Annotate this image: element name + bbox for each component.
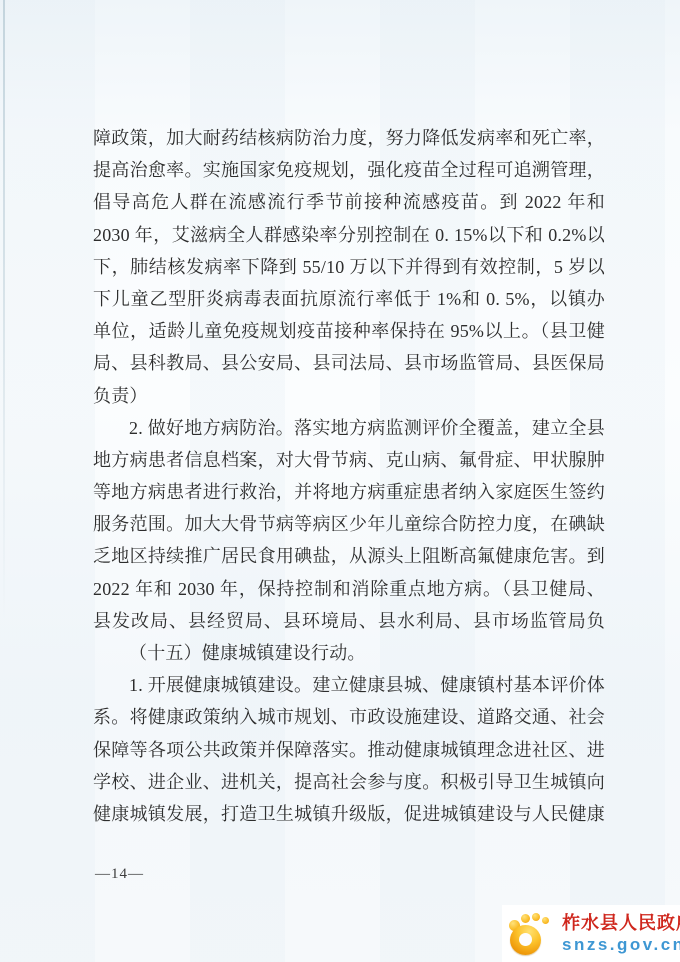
text-line: 1. 开展健康城镇建设。建立健康县城、健康镇村基本评价体 [93,669,605,701]
footprint-toe-icon [532,913,540,921]
text-line: 2022 年和 2030 年，保持控制和消除重点地方病。（县卫健局、 [93,573,605,605]
text-line: 乏地区持续推广居民食用碘盐，从源头上阻断高氟健康危害。到 [93,540,605,572]
government-name: 柞水县人民政府 [562,912,680,934]
text-line: 学校、进企业、进机关，提高社会参与度。积极引导卫生城镇向 [93,766,605,798]
watermark-text: 柞水县人民政府 snzs.gov.cn [562,912,680,955]
footprint-pad [510,925,541,955]
scanned-document-page: 障政策，加大耐药结核病防治力度，努力降低发病率和死亡率，提高治愈率。实施国家免疫… [0,0,680,962]
text-line: 等地方病患者进行救治，并将地方病重症患者纳入家庭医生签约 [93,476,605,508]
text-line: 下儿童乙型肝炎病毒表面抗原流行率低于 1%和 0. 5%，以镇办为 [93,283,605,315]
footprint-toe-icon [521,914,530,923]
text-line: 保障等各项公共政策并保障落实。推动健康城镇理念进社区、进 [93,734,605,766]
text-line: 县发改局、县经贸局、县环境局、县水利局、县市场监管局负责） [93,605,605,637]
text-line: 局、县科教局、县公安局、县司法局、县市场监管局、县医保局 [93,347,605,379]
document-body: 障政策，加大耐药结核病防治力度，努力降低发病率和死亡率，提高治愈率。实施国家免疫… [93,122,605,830]
footprint-icon [508,911,554,957]
text-line: 提高治愈率。实施国家免疫规划，强化疫苗全过程可追溯管理， [93,154,605,186]
text-line: 2030 年，艾滋病全人群感染率分别控制在 0. 15%以下和 0.2%以 [93,219,605,251]
text-line: 系。将健康政策纳入城市规划、市政设施建设、道路交通、社会 [93,701,605,733]
text-line: 2. 做好地方病防治。落实地方病监测评价全覆盖，建立全县 [93,412,605,444]
government-watermark: 柞水县人民政府 snzs.gov.cn [502,905,680,962]
scan-edge-artifact [3,0,5,620]
text-line: （十五）健康城镇建设行动。 [93,637,605,669]
page-number: —14— [95,866,144,883]
footprint-pad-hole [519,933,532,946]
footprint-toe-icon [542,917,549,924]
text-line: 地方病患者信息档案，对大骨节病、克山病、氟骨症、甲状腺肿 [93,444,605,476]
text-line: 负责） [93,380,605,412]
text-line: 下，肺结核发病率下降到 55/10 万以下并得到有效控制，5 岁以 [93,251,605,283]
text-line: 服务范围。加大大骨节病等病区少年儿童综合防控力度，在碘缺 [93,508,605,540]
text-line: 单位，适龄儿童免疫规划疫苗接种率保持在 95%以上。（县卫健 [93,315,605,347]
government-domain: snzs.gov.cn [562,934,680,955]
text-line: 倡导高危人群在流感流行季节前接种流感疫苗。到 2022 年和 [93,186,605,218]
text-line: 健康城镇发展，打造卫生城镇升级版，促进城镇建设与人民健康 [93,798,605,830]
text-line: 障政策，加大耐药结核病防治力度，努力降低发病率和死亡率， [93,122,605,154]
